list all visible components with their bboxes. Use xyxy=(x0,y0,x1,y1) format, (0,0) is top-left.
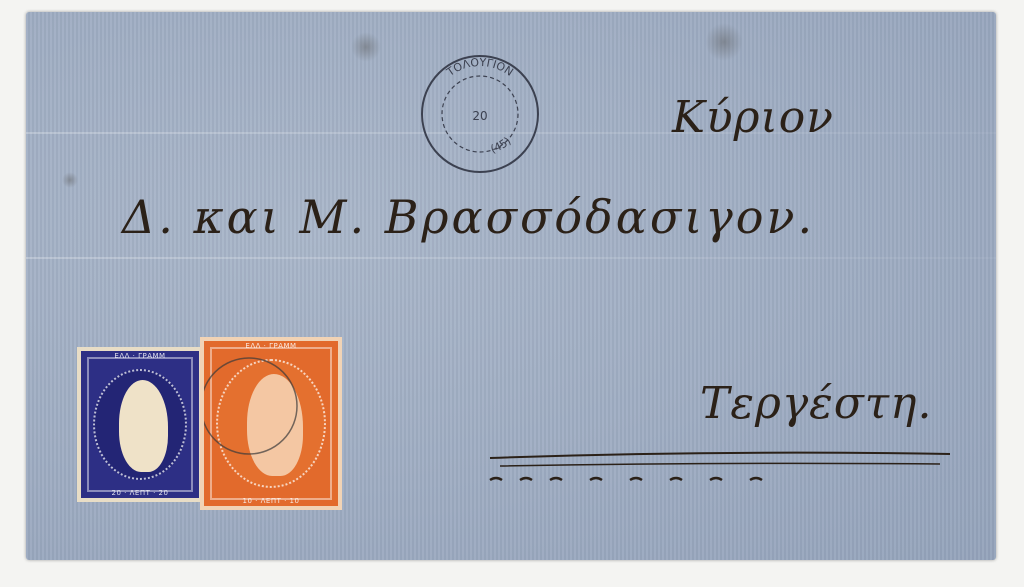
stamp-value-text: 10 · ΛΕΠΤ · 10 xyxy=(204,497,338,505)
paper-stain xyxy=(62,172,78,188)
svg-text:(45): (45) xyxy=(489,134,514,155)
circular-postmark: ΤΟΛΟΥΓΙΟΝ (45) 20 xyxy=(418,52,542,176)
hermes-head-icon xyxy=(119,380,169,471)
stamp-20-lepta: ΕΛΛ · ΓΡΑΜΜ 20 · ΛΕΠΤ · 20 xyxy=(77,347,203,502)
address-line-recipient: Δ. και Μ. Βρασσόδασιγον. xyxy=(122,190,815,244)
postmark-number: (45) xyxy=(489,134,514,155)
postmark-date: 20 xyxy=(472,109,487,123)
underline-flourish xyxy=(480,440,960,490)
stamp-value-text: 20 · ΛΕΠΤ · 20 xyxy=(81,489,199,497)
address-line-city: Τεργέστη. xyxy=(700,378,932,429)
paper-stain xyxy=(351,32,381,62)
cancellation-mark xyxy=(204,351,338,471)
paper-stain xyxy=(706,22,742,62)
stamp-10-lepta: ΕΛΛ · ΓΡΑΜΜ 10 · ΛΕΠΤ · 10 xyxy=(200,337,342,510)
paper-fold xyxy=(26,257,996,259)
address-line-salutation: Κύριον xyxy=(672,92,834,143)
